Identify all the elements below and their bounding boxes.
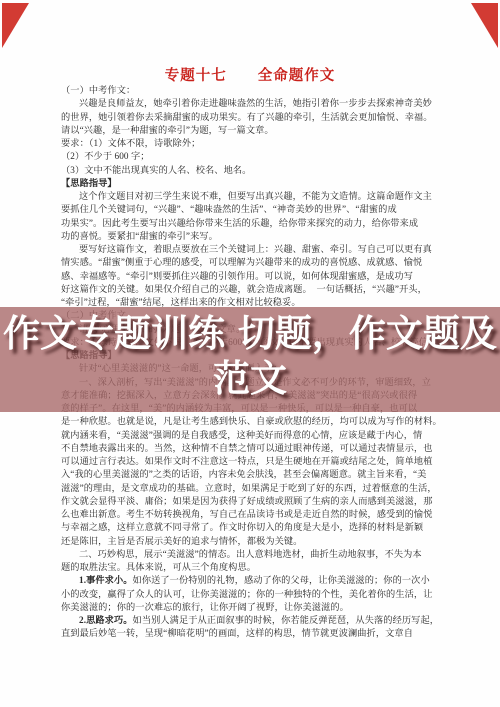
text-line-rest: 如你送了一份特别的礼物，感动了你的父母，让你美滋滋的；你的一次小 — [133, 575, 430, 585]
text-line: 么也难出新意。考生不妨转换视角，写自己在品读诗书或是走近自然的时候，感受到的愉悦 — [61, 508, 441, 521]
watermark-text-line1: 作文专题训练 切题，作文题及 — [0, 315, 500, 352]
page-title: 专题十七 全命题作文 — [0, 64, 500, 85]
text-line: 还是陈旧，主旨是否展示美好的追求与情怀，都极为关键。 — [61, 535, 441, 548]
text-line: 滋滋”的理由，是文章成功的基础。立意时，如果满足于吃到了好的东西，过着惬意的生活… — [61, 482, 441, 495]
guidance-heading-1: 【思路指导】 — [61, 177, 441, 190]
text-line: 二、巧妙构思，展示“美滋滋”的情态。出人意料地选材，曲折生动地叙事，不失为本 — [61, 548, 441, 561]
text-line-rest: 如当别人满足于从正面叙事的时候，你若能反弹琵琶，从失落的经历写起， — [133, 615, 440, 625]
text-line: （3）文中不能出现真实的人名、校名、地名。 — [61, 164, 441, 177]
text-line: 小的改变，赢得了众人的认可，让你美滋滋的；你的一种独特的个性，美化着你的生活，让 — [61, 588, 441, 601]
text-line: 可以通过言行表达。如果作文时不注意这一特点，只是生硬地在开篇或结尾之处，简单地植 — [61, 455, 441, 468]
text-line: 好这篇作文的关键。如果仅介绍自己的兴趣，就会造成离题。 一句话概括，“兴趣”开头… — [61, 283, 441, 296]
text-line: 就内涵来看，“美滋滋”强调的是自我感受，这种美好而得意的心情，应该是藏于内心，情 — [61, 429, 441, 442]
text-line: 这个作文题目对初三学生来说不难，但要写出真兴趣，不能为文造情。这篇命题作文主 — [61, 190, 441, 203]
text-line: 1.事件求小。如你送了一份特别的礼物，感动了你的父母，让你美滋滋的；你的一次小 — [61, 574, 441, 587]
text-line: 2.思路求巧。如当别人满足于从正面叙事的时候，你若能反弹琵琶，从失落的经历写起， — [61, 614, 441, 627]
text-line: 要抓住几个关键词句，“兴趣”、“趣味盎然的生活”、“神奇美妙的世界”、“甜蜜的成 — [61, 203, 441, 216]
text-line-bold-prefix: 1.事件求小。 — [79, 575, 133, 585]
text-line: 作文就会显得平淡、庸俗；如果是因为获得了好成绩或照顾了生病的亲人而感到美滋滋，那 — [61, 495, 441, 508]
text-line: 直到最后妙笔一转，呈现“柳暗花明”的画面，这样的构思，情节就更波澜曲折，文章自 — [61, 627, 441, 640]
text-line-bold-prefix: 2.思路求巧。 — [79, 615, 133, 625]
document-page: 专题十七 全命题作文 （一）中考作文：兴趣是良师益友，她牵引着你走进趣味盎然的生… — [0, 0, 500, 707]
text-line: 感、幸福感等。“牵引”则要抓住兴趣的引领作用。可以说，如何体现甜蜜感，是成功写 — [61, 270, 441, 283]
text-line: 要求：（1）文体不限，诗歌除外； — [61, 137, 441, 150]
text-line: 是一种欣慰。也就是说，凡是让考生感到快乐、自豪或欣慰的经历，均可以成为写作的材料… — [61, 415, 441, 428]
text-line: 的世界，她引领着你去采摘甜蜜的成功果实。有了兴趣的牵引，生活就会更加愉悦、幸福。 — [61, 111, 441, 124]
text-line: 入“我的心里美滋滋的”之类的话语，内容未免会肤浅，甚至会偏离题意。就主旨来看，“… — [61, 468, 441, 481]
watermark-text-line2: 范文 — [0, 360, 500, 397]
text-line: 情实感。“甜蜜”侧重于心理的感受，可以理解为兴趣带来的成功的喜悦感、成就感、愉悦 — [61, 256, 441, 269]
text-line: 题的取胜法宝。具体来说，可从三个角度构思。 — [61, 561, 441, 574]
text-line: 你美滋滋的；你的一次难忘的旅行，让你开阔了视野，让你美滋滋的。 — [61, 601, 441, 614]
red-corner-mark-right — [471, 3, 498, 48]
section-1-heading: （一）中考作文： — [61, 84, 441, 97]
text-line: （2）不少于 600 字； — [61, 150, 441, 163]
text-line: 功的喜悦。要紧扣“甜蜜的牵引”来写。 — [61, 230, 441, 243]
text-line: 兴趣是良师益友，她牵引着你走进趣味盎然的生活，她指引着你一步步去探索神奇美妙 — [61, 97, 441, 110]
text-line: 功果实”。因此考生要写出兴趣给你带来生活的乐趣，给你带来探究的动力，给你带来成 — [61, 217, 441, 230]
text-line: 与幸福之感，这样立意就不同寻常了。作文时你切入的角度是大是小，选择的材料是新颖 — [61, 521, 441, 534]
red-corner-mark-left — [2, 3, 29, 48]
text-line: 要写好这篇作文，着眼点要放在三个关键词上：兴趣、甜蜜、牵引。写自己可以更有真 — [61, 243, 441, 256]
text-line: 请以“兴趣，是一种甜蜜的牵引”为题，写一篇文章。 — [61, 124, 441, 137]
text-line: 不自禁地表露出来的。当然，这种情不自禁之情可以通过眼神传递，可以通过表情显示，也 — [61, 442, 441, 455]
